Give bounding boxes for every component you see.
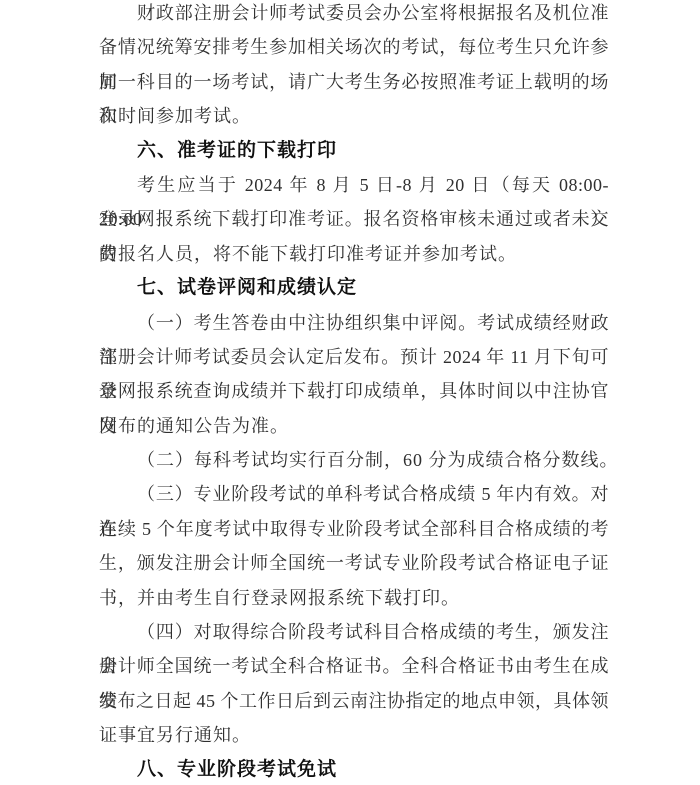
- text-line: 发布之日起 45 个工作日后到云南注协指定的地点申领，具体领: [99, 684, 609, 718]
- text-line: 录网报系统查询成绩并下载打印成绩单，具体时间以中注协官网: [99, 374, 609, 408]
- text-line: 和时间参加考试。: [99, 99, 609, 133]
- text-line: 备情况统筹安排考生参加相关场次的考试，每位考生只允许参加: [99, 30, 609, 64]
- text-line: （二）每科考试均实行百分制，60 分为成绩合格分数线。: [99, 443, 609, 477]
- text-line: 注册会计师考试委员会认定后发布。预计 2024 年 11 月下旬可登: [99, 340, 609, 374]
- text-line: 登录网报系统下载打印准考证。报名资格审核未通过或者未交费: [99, 202, 609, 236]
- text-line: 的报名人员，将不能下载打印准考证并参加考试。: [99, 237, 609, 271]
- text-line: （一）考生答卷由中注协组织集中评阅。考试成绩经财政部: [99, 306, 609, 340]
- page-text-block: 财政部注册会计师考试委员会办公室将根据报名及机位准备情况统筹安排考生参加相关场次…: [99, 0, 609, 785]
- text-line: 考生应当于 2024 年 8 月 5 日-8 月 20 日（每天 08:00-2…: [99, 168, 609, 202]
- text-line: 生，颁发注册会计师全国统一考试专业阶段考试合格证电子证: [99, 546, 609, 580]
- section-heading: 七、试卷评阅和成绩认定: [99, 271, 609, 305]
- text-line: （四）对取得综合阶段考试科目合格成绩的考生，颁发注册: [99, 615, 609, 649]
- text-line: 证事宜另行通知。: [99, 718, 609, 752]
- text-line: 书，并由考生自行登录网报系统下载打印。: [99, 581, 609, 615]
- text-line: 财政部注册会计师考试委员会办公室将根据报名及机位准: [99, 0, 609, 30]
- text-line: 同一科目的一场考试，请广大考生务必按照准考证上载明的场次: [99, 65, 609, 99]
- document-page: 财政部注册会计师考试委员会办公室将根据报名及机位准备情况统筹安排考生参加相关场次…: [0, 0, 700, 785]
- section-heading: 六、准考证的下载打印: [99, 134, 609, 168]
- text-line: （三）专业阶段考试的单科考试合格成绩 5 年内有效。对在: [99, 477, 609, 511]
- text-line: 会计师全国统一考试全科合格证书。全科合格证书由考生在成绩: [99, 649, 609, 683]
- text-line: 连续 5 个年度考试中取得专业阶段考试全部科目合格成绩的考: [99, 512, 609, 546]
- section-heading: 八、专业阶段考试免试: [99, 753, 609, 785]
- text-line: 发布的通知公告为准。: [99, 409, 609, 443]
